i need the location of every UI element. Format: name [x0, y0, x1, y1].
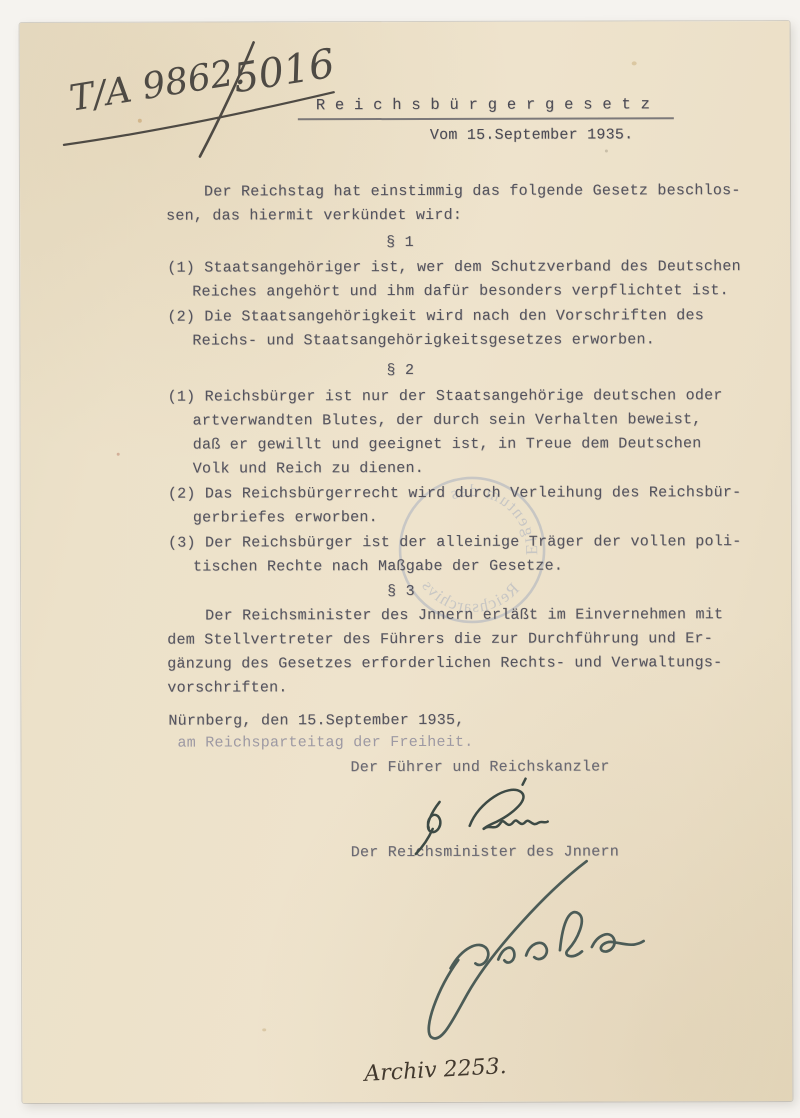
signature-stroke: [523, 779, 526, 785]
signature-stroke: [591, 933, 644, 952]
signature-stroke: [416, 829, 433, 854]
paper-stain: [117, 453, 120, 456]
frick-signature: [380, 857, 660, 1048]
paper-stain: [262, 1028, 266, 1031]
law-text-line: gänzung des Gesetzes erforderlichen Rech…: [167, 654, 722, 672]
signature-stroke: [428, 802, 441, 832]
law-date-line: Vom 15.September 1935.: [430, 126, 634, 144]
law-text-line: (2) Die Staatsangehörigkeit wird nach de…: [167, 307, 704, 325]
section-heading: § 3: [387, 583, 415, 600]
section-heading: § 1: [386, 234, 414, 251]
place-date-line: Nürnberg, den 15.September 1935,: [168, 712, 464, 730]
law-text-line: Der Reichsminister des Jnnern erläßt im …: [205, 606, 723, 624]
law-text-line: dem Stellvertreter des Führers die zur D…: [167, 630, 713, 648]
section-heading: § 2: [386, 362, 414, 379]
signature-stroke: [498, 947, 515, 963]
signature-stroke: [526, 943, 548, 960]
law-text-line: daß er gewillt und geeignet ist, in Treu…: [193, 435, 702, 453]
law-text-line: artverwandten Blutes, der durch sein Ver…: [193, 411, 702, 429]
law-text-line: tischen Rechte nach Maßgabe der Gesetze.: [193, 558, 563, 576]
law-text-line: vorschriften.: [167, 679, 287, 696]
bottom-annotation-handwriting: Archiv 2253.: [364, 1054, 508, 1087]
scanned-document-photo: { "page": { "archive_annotation_part1": …: [0, 0, 800, 1118]
law-title: R e i c h s b ü r g e r g e s e t z: [316, 95, 650, 114]
paper-stain: [605, 149, 608, 152]
archive-annotation-text-2: 5016: [230, 41, 338, 103]
preamble-line: sen, das hiermit verkündet wird:: [166, 207, 462, 225]
law-text-line: Reichs- und Staatsangehörigkeitsgesetzes…: [192, 331, 655, 349]
title-underline: [298, 117, 674, 120]
place-date-line: am Reichsparteitag der Freiheit.: [177, 734, 473, 752]
archive-annotation-text-1: T/A 9862.: [67, 51, 248, 120]
law-text-line: (1) Staatsangehöriger ist, wer dem Schut…: [167, 258, 741, 277]
law-text-line: Volk und Reich zu dienen.: [193, 460, 424, 478]
law-text-line: Reiches angehört und ihm dafür besonders…: [192, 282, 729, 300]
signature-stroke: [470, 790, 524, 829]
law-text-line: (1) Reichsbürger ist nur der Staatsangeh…: [168, 387, 723, 405]
law-text-line: (2) Das Reichsbürgerrecht wird durch Ver…: [168, 484, 742, 503]
document-paper-sheet: T/A 9862. 5016 Eigentum des Reichsarchiv…: [20, 21, 793, 1103]
law-text-line: gerbriefes erworben.: [193, 509, 378, 526]
archive-annotation-handwriting: T/A 9862. 5016: [58, 34, 348, 175]
preamble-line: Der Reichstag hat einstimmig das folgend…: [204, 182, 741, 200]
paper-stain: [632, 61, 637, 65]
law-text-line: (3) Der Reichsbürger ist der alleinige T…: [168, 533, 742, 552]
signature-stroke: [559, 912, 584, 957]
